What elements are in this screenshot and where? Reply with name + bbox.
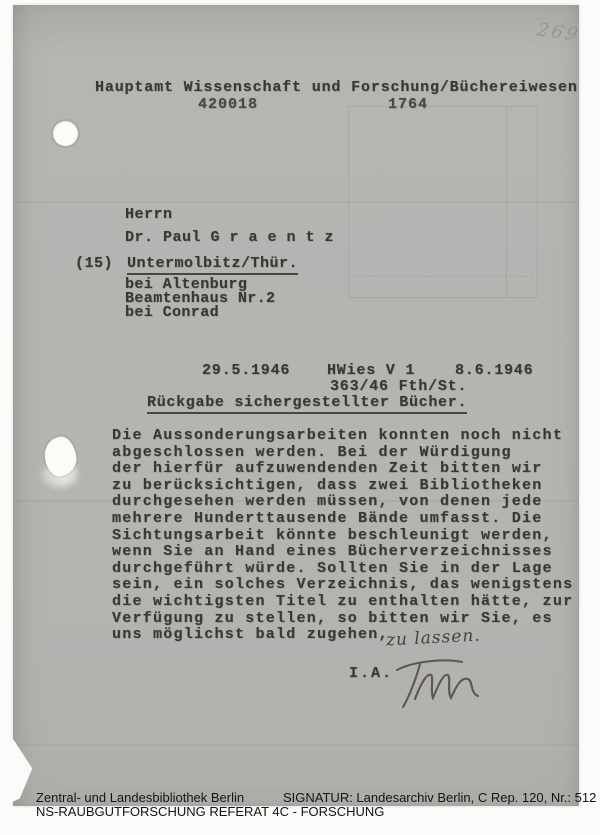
- office-reference-code: HWies V 1: [327, 362, 415, 379]
- recipient-postal-zone: (15): [75, 255, 113, 272]
- recipient-name: Dr. Paul G r a e n t z: [125, 229, 334, 246]
- subject-text: Rückgabe sichergestellter Bücher.: [147, 394, 467, 414]
- body-line: mehrere Hunderttausende Bände umfasst. D…: [112, 511, 573, 528]
- body-line: Verfügung zu stellen, so bitten wir Sie,…: [112, 611, 573, 628]
- body-line: zu berücksichtigen, dass zwei Bibliothek…: [112, 478, 573, 495]
- body-line: uns möglichst bald zugehen,: [112, 627, 573, 644]
- body-line: wenn Sie an Hand eines Bücherverzeichnis…: [112, 544, 573, 561]
- body-line: der hierfür aufzuwendenden Zeit bitten w…: [112, 461, 573, 478]
- letterhead-number-right: 1764: [388, 96, 428, 113]
- body-line: die wichtigsten Titel zu enthalten hätte…: [112, 594, 573, 611]
- letterhead-number-left: 420018: [198, 96, 258, 113]
- handwritten-signature-icon: [390, 653, 485, 715]
- footer-library-name: Zentral- und Landesbibliothek Berlin: [36, 790, 244, 805]
- punch-hole-top: [53, 121, 78, 146]
- recipient-salutation: Herrn: [125, 206, 173, 223]
- signoff-initials: I.A.: [349, 665, 393, 682]
- body-line: durchgeführt würde. Sollten Sie in der L…: [112, 561, 573, 578]
- letterhead-office-line: Hauptamt Wissenschaft und Forschung/Büch…: [95, 79, 578, 96]
- body-line: sein, ein solches Verzeichnis, das wenig…: [112, 577, 573, 594]
- paper-crease: [13, 744, 579, 746]
- body-line: durchgesehen werden müssen, von denen je…: [112, 494, 573, 511]
- body-line: Sichtungsarbeit könnte beschleunigt werd…: [112, 528, 573, 545]
- body-line: Die Aussonderungsarbeiten konnten noch n…: [112, 428, 573, 445]
- footer-archive-signature: SIGNATUR: Landesarchiv Berlin, C Rep. 12…: [283, 790, 596, 805]
- letter-body: Die Aussonderungsarbeiten konnten noch n…: [112, 428, 573, 644]
- subject-line: Rückgabe sichergestellter Bücher.: [147, 394, 467, 411]
- date-written: 29.5.1946: [202, 362, 290, 379]
- recipient-place-row: (15)Untermolbitz/Thür.: [75, 255, 298, 272]
- recipient-place: Untermolbitz/Thür.: [127, 255, 298, 275]
- footer-department: NS-RAUBGUTFORSCHUNG REFERAT 4C - FORSCHU…: [36, 804, 384, 819]
- recipient-line4: bei Conrad: [125, 304, 219, 321]
- bleed-through-grid: [348, 106, 538, 298]
- file-number: 363/46 Fth/St.: [330, 378, 467, 395]
- date-received: 8.6.1946: [455, 362, 533, 379]
- scanned-document: 269 Hauptamt Wissenschaft und Forschung/…: [0, 0, 600, 835]
- body-line: abgeschlossen werden. Bei der Würdigung: [112, 445, 573, 462]
